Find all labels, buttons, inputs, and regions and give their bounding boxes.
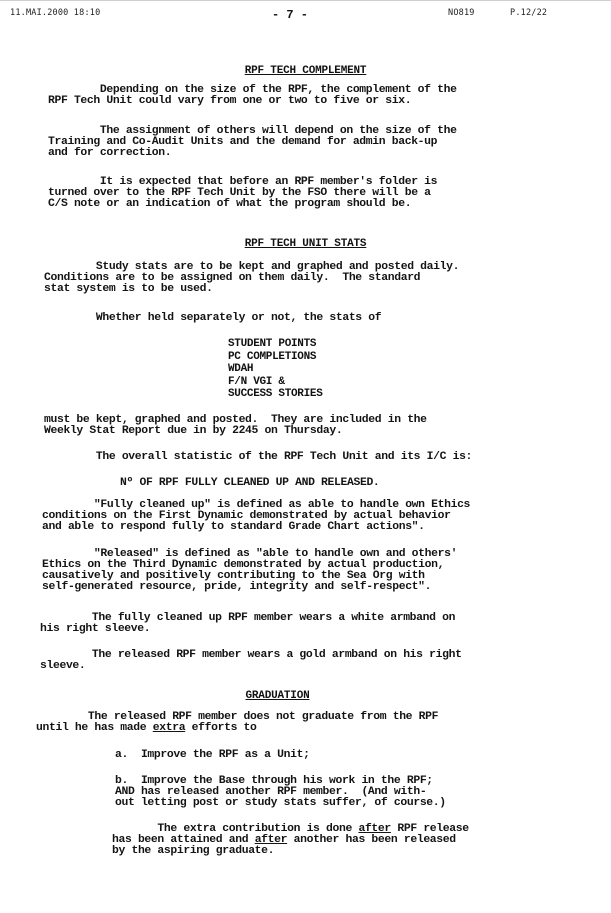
paragraph: "Fully cleaned up" is defined as able to… xyxy=(42,500,470,533)
emphasis: extra xyxy=(153,722,185,734)
overall-statistic: Nº OF RPF FULLY CLEANED UP AND RELEASED. xyxy=(120,478,379,489)
page-number: - 7 - xyxy=(272,8,308,22)
list-item: F/N VGI & xyxy=(228,376,285,388)
fax-number: NO819 xyxy=(448,8,475,18)
heading-tech-complement: RPF TECH COMPLEMENT xyxy=(0,65,611,77)
paragraph: The assignment of others will depend on … xyxy=(48,126,457,159)
paragraph: Whether held separately or not, the stat… xyxy=(44,313,381,324)
list-item-b: b. Improve the Base through his work in … xyxy=(115,776,446,809)
list-item-a: a. Improve the RPF as a Unit; xyxy=(115,750,310,761)
paragraph: The released RPF member wears a gold arm… xyxy=(40,650,462,672)
paragraph: Depending on the size of the RPF, the co… xyxy=(48,85,457,107)
paragraph: The extra contribution is done after RPF… xyxy=(112,824,469,857)
list-item: WDAH xyxy=(228,363,253,375)
heading-tech-unit-stats: RPF TECH UNIT STATS xyxy=(0,238,611,250)
paragraph: The released RPF member does not graduat… xyxy=(36,712,438,734)
paragraph: The overall statistic of the RPF Tech Un… xyxy=(44,452,472,463)
paragraph: "Released" is defined as "able to handle… xyxy=(42,549,457,593)
fax-page-count: P.12/22 xyxy=(510,8,547,18)
list-item: STUDENT POINTS xyxy=(228,338,316,350)
fax-datetime: 11.MAI.2000 18:10 xyxy=(10,8,100,18)
paragraph: Study stats are to be kept and graphed a… xyxy=(44,262,459,295)
stats-list: STUDENT POINTS PC COMPLETIONS WDAH F/N V… xyxy=(228,338,323,401)
paragraph: must be kept, graphed and posted. They a… xyxy=(44,415,427,437)
page-border xyxy=(0,0,611,1)
paragraph: It is expected that before an RPF member… xyxy=(48,177,437,210)
list-item: PC COMPLETIONS xyxy=(228,351,316,363)
paragraph: The fully cleaned up RPF member wears a … xyxy=(40,613,455,635)
list-item: SUCCESS STORIES xyxy=(228,388,323,400)
heading-graduation: GRADUATION xyxy=(0,690,583,702)
